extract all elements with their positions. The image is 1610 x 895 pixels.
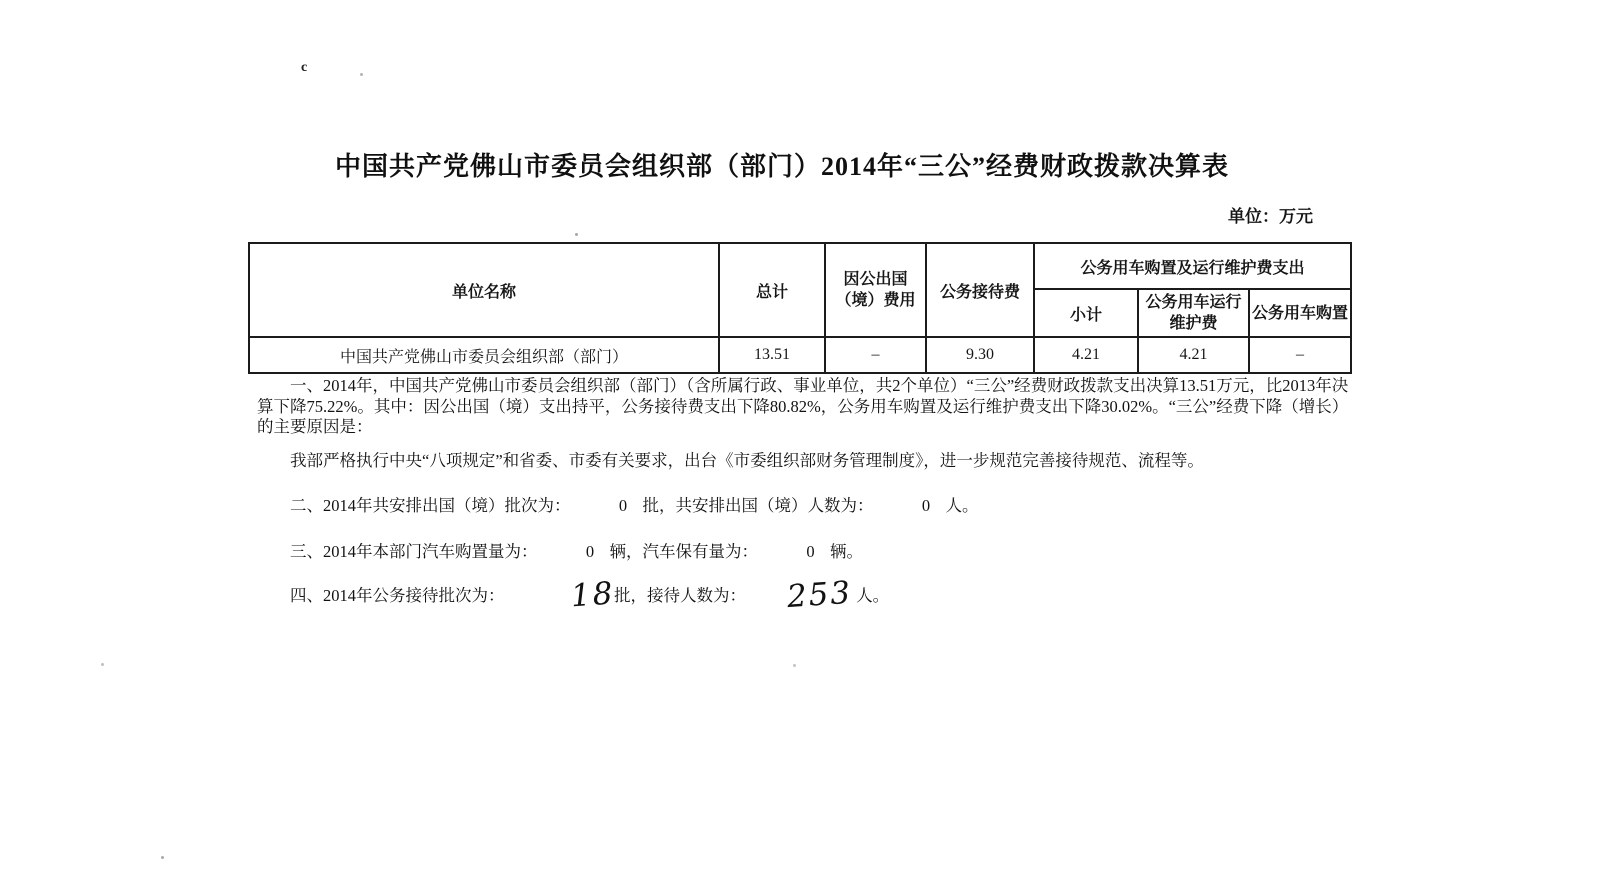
header-total: 总计	[719, 243, 825, 337]
cell-abroad-expense: –	[825, 337, 926, 373]
budget-table: 单位名称 总计 因公出国（境）费用 公务接待费 公务用车购置及运行维护费支出 小…	[248, 242, 1352, 374]
note3-suffix: 人。	[946, 496, 979, 515]
note4-owned-count: 0	[758, 542, 830, 563]
scan-speck	[793, 664, 796, 667]
cell-vehicle-subtotal: 4.21	[1034, 337, 1138, 373]
note4-prefix: 三、2014年本部门汽车购置量为：	[290, 542, 538, 561]
note4-suffix: 辆。	[830, 542, 863, 561]
scan-speck	[575, 233, 578, 236]
header-reception-expense: 公务接待费	[926, 243, 1034, 337]
note5-suffix: 人。	[856, 586, 889, 605]
header-vehicle-group: 公务用车购置及运行维护费支出	[1034, 243, 1351, 289]
note4-middle: 辆，汽车保有量为：	[610, 542, 759, 561]
scan-artifact-mark: c	[301, 60, 307, 76]
note3-people-count: 0	[874, 496, 946, 517]
note-paragraph-3: 二、2014年共安排出国（境）批次为：0批，共安排出国（境）人数为：0人。	[257, 496, 1349, 517]
note3-prefix: 二、2014年共安排出国（境）批次为：	[290, 496, 571, 515]
note5-people-count-handwritten: 253	[753, 581, 853, 613]
scan-speck	[101, 663, 104, 666]
cell-unit-name: 中国共产党佛山市委员会组织部（部门）	[249, 337, 719, 373]
note5-prefix: 四、2014年公务接待批次为：	[290, 586, 505, 605]
note-paragraph-5: 四、2014年公务接待批次为：18批，接待人数为：253人。	[257, 584, 1349, 609]
cell-total: 13.51	[719, 337, 825, 373]
note5-batch-count-handwritten: 18	[537, 581, 615, 611]
header-vehicle-operation: 公务用车运行维护费	[1138, 289, 1249, 337]
note-paragraph-2: 我部严格执行中央“八项规定”和省委、市委有关要求，出台《市委组织部财务管理制度》…	[257, 451, 1349, 472]
cell-reception-expense: 9.30	[926, 337, 1034, 373]
scan-speck	[161, 856, 164, 859]
header-vehicle-subtotal: 小计	[1034, 289, 1138, 337]
note3-middle: 批，共安排出国（境）人数为：	[643, 496, 874, 515]
header-unit-name: 单位名称	[249, 243, 719, 337]
table-row: 中国共产党佛山市委员会组织部（部门） 13.51 – 9.30 4.21 4.2…	[249, 337, 1351, 373]
cell-vehicle-purchase: –	[1249, 337, 1351, 373]
cell-vehicle-operation: 4.21	[1138, 337, 1249, 373]
note5-middle: 批，接待人数为：	[614, 586, 746, 605]
header-vehicle-purchase: 公务用车购置	[1249, 289, 1351, 337]
note3-trip-count: 0	[571, 496, 643, 517]
table-header-row-1: 单位名称 总计 因公出国（境）费用 公务接待费 公务用车购置及运行维护费支出	[249, 243, 1351, 289]
header-abroad-expense: 因公出国（境）费用	[825, 243, 926, 337]
unit-of-measure-label: 单位：万元	[1228, 202, 1313, 227]
scanned-document-page: c 中国共产党佛山市委员会组织部（部门）2014年“三公”经费财政拨款决算表 单…	[0, 0, 1610, 895]
note4-purchased-count: 0	[538, 542, 610, 563]
note-paragraph-4: 三、2014年本部门汽车购置量为：0辆，汽车保有量为：0辆。	[257, 542, 1349, 563]
note-paragraph-1: 一、2014年，中国共产党佛山市委员会组织部（部门）（含所属行政、事业单位，共2…	[257, 376, 1349, 438]
page-title: 中国共产党佛山市委员会组织部（部门）2014年“三公”经费财政拨款决算表	[0, 146, 1564, 183]
scan-speck	[360, 73, 363, 76]
